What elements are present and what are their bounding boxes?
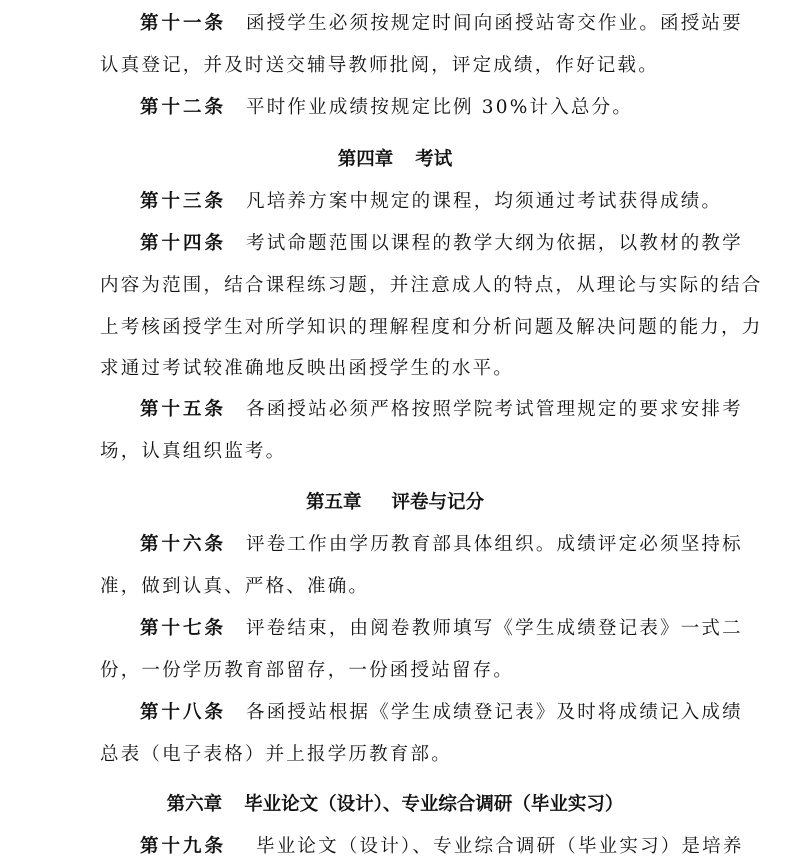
chapter-5-heading: 第五章评卷与记分 bbox=[100, 491, 690, 515]
chapter-label: 第六章 bbox=[167, 794, 223, 815]
article-label: 第十一条 bbox=[140, 13, 226, 34]
chapter-title: 毕业论文（设计）、专业综合调研（毕业实习） bbox=[244, 794, 623, 815]
article-17-line-1: 第十七条评卷结束，由阅卷教师填写《学生成绩登记表》一式二 bbox=[140, 617, 743, 641]
article-label: 第十二条 bbox=[140, 97, 226, 118]
chapter-title: 考试 bbox=[415, 149, 452, 170]
article-text: 评卷工作由学历教育部具体组织。成绩评定必须坚持标 bbox=[246, 534, 743, 555]
article-text: 各函授站根据《学生成绩登记表》及时将成绩记入成绩 bbox=[246, 702, 743, 723]
article-text: 函授学生必须按规定时间向函授站寄交作业。函授站要 bbox=[246, 13, 743, 34]
article-text: 毕业论文（设计）、专业综合调研（毕业实习）是培养 bbox=[256, 836, 744, 857]
article-11-line-1: 第十一条函授学生必须按规定时间向函授站寄交作业。函授站要 bbox=[140, 12, 743, 36]
article-12-line-1: 第十二条平时作业成绩按规定比例 30%计入总分。 bbox=[140, 96, 633, 120]
article-text: 平时作业成绩按规定比例 30%计入总分。 bbox=[246, 97, 633, 118]
article-19-line-1: 第十九条毕业论文（设计）、专业综合调研（毕业实习）是培养 bbox=[140, 835, 744, 859]
chapter-6-heading: 第六章毕业论文（设计）、专业综合调研（毕业实习） bbox=[100, 793, 690, 817]
article-11-line-2: 认真登记，并及时送交辅导教师批阅，评定成绩，作好记载。 bbox=[100, 54, 659, 78]
article-15-line-2: 场，认真组织监考。 bbox=[100, 440, 286, 464]
chapter-4-heading: 第四章考试 bbox=[100, 148, 690, 172]
chapter-title: 评卷与记分 bbox=[392, 492, 485, 513]
article-label: 第十六条 bbox=[140, 534, 226, 555]
article-text: 考试命题范围以课程的教学大纲为依据，以教材的教学 bbox=[246, 233, 743, 254]
article-15-line-1: 第十五条各函授站必须严格按照学院考试管理规定的要求安排考 bbox=[140, 398, 743, 422]
article-17-line-2: 份，一份学历教育部留存，一份函授站留存。 bbox=[100, 659, 514, 683]
article-label: 第十九条 bbox=[140, 836, 226, 857]
article-16-line-2: 准，做到认真、严格、准确。 bbox=[100, 575, 369, 599]
article-text: 评卷结束，由阅卷教师填写《学生成绩登记表》一式二 bbox=[246, 618, 743, 639]
article-18-line-2: 总表（电子表格）并上报学历教育部。 bbox=[100, 743, 452, 767]
article-14-line-2: 内容为范围，结合课程练习题，并注意成人的特点，从理论与实际的结合 bbox=[100, 274, 762, 298]
article-14-line-3: 上考核函授学生对所学知识的理解程度和分析问题及解决问题的能力，力 bbox=[100, 316, 762, 340]
article-label: 第十七条 bbox=[140, 618, 226, 639]
article-text: 凡培养方案中规定的课程，均须通过考试获得成绩。 bbox=[246, 191, 722, 212]
article-label: 第十三条 bbox=[140, 191, 226, 212]
article-18-line-1: 第十八条各函授站根据《学生成绩登记表》及时将成绩记入成绩 bbox=[140, 701, 743, 725]
article-label: 第十五条 bbox=[140, 399, 226, 420]
article-label: 第十八条 bbox=[140, 702, 226, 723]
chapter-label: 第五章 bbox=[306, 492, 362, 513]
chapter-label: 第四章 bbox=[338, 149, 394, 170]
article-text: 各函授站必须严格按照学院考试管理规定的要求安排考 bbox=[246, 399, 743, 420]
article-16-line-1: 第十六条评卷工作由学历教育部具体组织。成绩评定必须坚持标 bbox=[140, 533, 743, 557]
article-14-line-4: 求通过考试较准确地反映出函授学生的水平。 bbox=[100, 357, 514, 381]
article-label: 第十四条 bbox=[140, 233, 226, 254]
article-13-line-1: 第十三条凡培养方案中规定的课程，均须通过考试获得成绩。 bbox=[140, 190, 722, 214]
article-14-line-1: 第十四条考试命题范围以课程的教学大纲为依据，以教材的教学 bbox=[140, 232, 743, 256]
